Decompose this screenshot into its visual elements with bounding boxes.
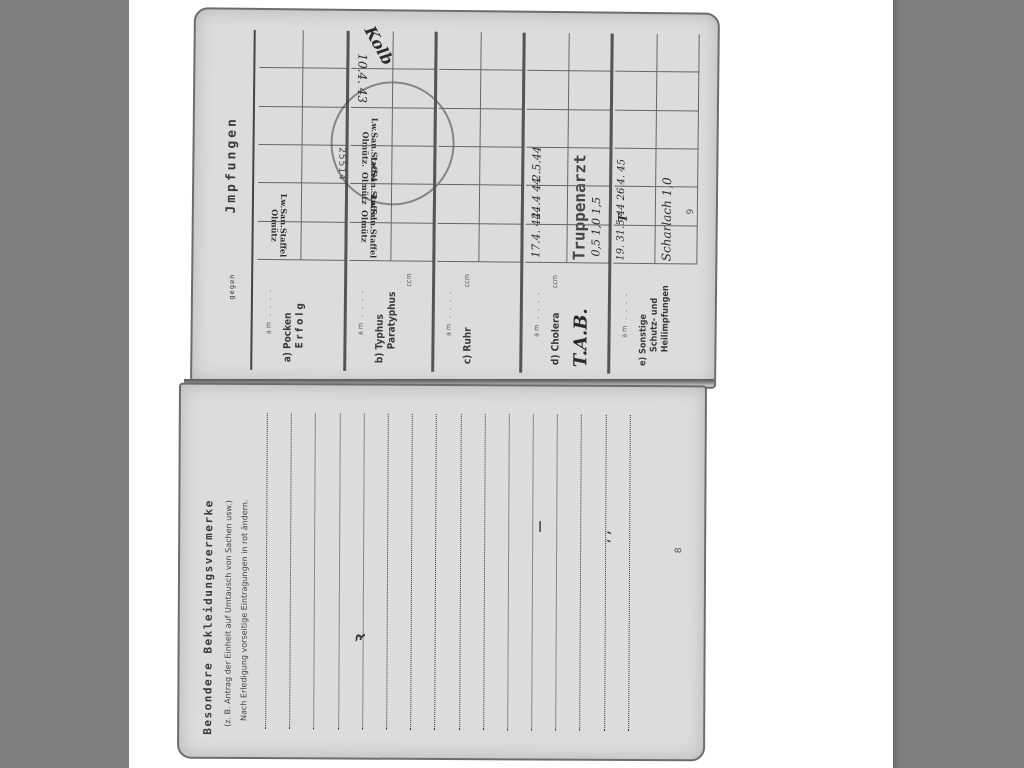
grid-cell[interactable] xyxy=(439,32,481,71)
ccm-label: ccm xyxy=(551,275,559,288)
page-number: 8 xyxy=(674,547,684,553)
entry-grid: 17.4. 44. 24.4 44 2.5.44 Truppenarzt 0,5… xyxy=(525,33,611,264)
page-8-leaf: Besondere Bekleidungsvermerke (z. B. Ant… xyxy=(177,383,707,762)
grid-cell[interactable] xyxy=(258,183,302,222)
grid-cell[interactable] xyxy=(481,71,523,110)
ink-mark: ꝛ xyxy=(348,634,370,642)
page-8-content: Besondere Bekleidungsvermerke (z. B. Ant… xyxy=(195,401,687,744)
grid-cell[interactable] xyxy=(569,33,611,72)
grid-cell[interactable] xyxy=(481,109,523,148)
ccm-label: ccm xyxy=(405,273,413,286)
entry-line[interactable] xyxy=(555,415,558,731)
grid-cell[interactable]: Scharlach 1,0 xyxy=(655,226,697,265)
grid-cell[interactable] xyxy=(258,145,302,184)
entry-line[interactable] xyxy=(386,414,389,730)
entry-line[interactable] xyxy=(410,414,413,730)
entry-line[interactable] xyxy=(483,414,486,730)
entry-line[interactable] xyxy=(628,415,631,731)
grid-cell[interactable] xyxy=(439,108,481,147)
grid-cell[interactable] xyxy=(392,185,434,224)
section-typhus: am . . . . b) Typhus Paratyphus ccm Lw.S… xyxy=(348,31,436,372)
page-9-leaf: gegenJmpfungen am . . . . a) Pocken Erfo… xyxy=(190,7,720,388)
grid-cell[interactable]: 2.5.44 xyxy=(526,148,568,187)
grid-cell[interactable] xyxy=(615,72,657,111)
grid-cell[interactable] xyxy=(569,110,611,149)
page-9-content: gegenJmpfungen am . . . . a) Pocken Erfo… xyxy=(212,29,706,374)
grid-cell[interactable] xyxy=(615,34,657,73)
grid-cell[interactable]: 24.4 44 xyxy=(526,186,568,225)
grid-cell[interactable] xyxy=(615,110,657,149)
grid-cell[interactable]: Lw.San.StaffelOlmütz xyxy=(349,223,391,262)
section-pocken: am . . . . a) Pocken Erfolg Lw.San.Staff… xyxy=(256,30,348,371)
grid-cell[interactable] xyxy=(568,148,610,187)
grid-cell[interactable] xyxy=(437,223,479,262)
grid-cell[interactable] xyxy=(303,30,347,69)
grid-cell[interactable] xyxy=(259,68,303,107)
page-subtitle: (z. B. Antrag der Einheit auf Umtausch v… xyxy=(223,500,233,727)
grid-cell[interactable]: Truppenarzt 0,5 1,0 1,5 xyxy=(567,225,609,264)
am-label: am . . . . xyxy=(357,289,365,335)
grid-cell[interactable]: 10.4. 43 xyxy=(351,69,393,108)
grid-cell[interactable]: 19. 31.5.44 26.4. 45 xyxy=(613,225,655,264)
section-label: d) Cholera xyxy=(550,312,563,365)
entry-line[interactable] xyxy=(604,415,607,731)
am-label: am . . . . xyxy=(265,288,273,334)
section-label: e) Sonstige Schutz- und Heilimpfungen xyxy=(638,285,672,366)
entry-line[interactable] xyxy=(580,415,583,731)
entry-line[interactable] xyxy=(507,414,510,730)
grid-cell[interactable] xyxy=(439,70,481,109)
grid-cell[interactable]: Lw.San.StaffelOlmütz xyxy=(257,222,301,261)
section-label: a) Pocken Erfolg xyxy=(282,300,307,362)
grid-cell[interactable] xyxy=(527,71,569,110)
grid-cell[interactable] xyxy=(438,147,480,186)
grid-cell[interactable] xyxy=(614,149,656,188)
grid-cell[interactable]: 17.4. 44. xyxy=(525,224,567,263)
grid-cell[interactable] xyxy=(302,184,346,223)
entry-line[interactable] xyxy=(362,414,365,730)
page-title: gegenJmpfungen xyxy=(222,30,254,370)
grid-cell[interactable] xyxy=(393,31,435,70)
grid-cell[interactable] xyxy=(527,33,569,72)
handwritten-date: 2.5.44 xyxy=(530,146,543,181)
grid-cell[interactable] xyxy=(301,222,345,261)
grid-cell[interactable] xyxy=(259,107,303,146)
grid-cell[interactable] xyxy=(479,224,521,263)
entry-grid: Lw.San.StaffelOlmütz Lw.San.StaffelOlmüt… xyxy=(349,31,435,262)
grid-cell[interactable] xyxy=(568,187,610,226)
page-instruction: Nach Erledigung vorseitige Eintragungen … xyxy=(239,500,249,721)
grid-cell[interactable] xyxy=(393,70,435,109)
entry-line[interactable] xyxy=(434,414,437,730)
grid-cell[interactable] xyxy=(391,223,433,262)
entry-line[interactable] xyxy=(265,413,268,729)
entry-grid: 19. 31.5.44 26.4. 45 T Scharlach 1,0 xyxy=(613,34,699,265)
grid-cell[interactable] xyxy=(480,186,522,225)
page-number: 9 xyxy=(686,209,696,215)
grid-cell[interactable]: 25514 xyxy=(351,108,393,147)
page-title: Besondere Bekleidungsvermerke xyxy=(201,499,215,735)
entry-grid xyxy=(437,32,523,263)
section-ruhr: am . . . . c) Ruhr ccm xyxy=(436,32,524,373)
grid-cell[interactable] xyxy=(657,72,699,111)
entry-line[interactable] xyxy=(531,414,534,730)
am-label: am . . . . xyxy=(445,290,453,336)
handwritten-tab-note: T.A.B. xyxy=(570,308,592,367)
section-cholera: am . . . . d) Cholera ccm T.A.B. 17.4. 4… xyxy=(524,33,612,374)
entry-line[interactable] xyxy=(338,413,341,729)
grid-cell[interactable] xyxy=(303,69,347,108)
am-label: am . . . . xyxy=(533,291,541,337)
grid-cell[interactable] xyxy=(527,109,569,148)
grid-cell[interactable]: Kolb xyxy=(351,31,393,70)
grid-cell[interactable] xyxy=(657,34,699,73)
section-sonstige: am . . . . e) Sonstige Schutz- und Heili… xyxy=(612,34,700,375)
grid-cell[interactable] xyxy=(393,108,435,147)
grid-cell[interactable] xyxy=(656,187,698,226)
entry-line[interactable] xyxy=(314,413,317,729)
entry-line[interactable] xyxy=(459,414,462,730)
gegen-label: gegen xyxy=(228,274,236,300)
section-label: c) Ruhr xyxy=(462,327,474,364)
handwritten-mark: T xyxy=(616,213,630,222)
grid-cell[interactable] xyxy=(392,146,434,185)
ccm-label: ccm xyxy=(463,274,471,287)
grid-cell[interactable] xyxy=(569,72,611,111)
ink-mark: ‚ , xyxy=(598,530,612,543)
military-pass-booklet: gegenJmpfungen am . . . . a) Pocken Erfo… xyxy=(178,10,718,758)
grid-cell[interactable]: T xyxy=(614,187,656,226)
handwritten-signature: Kolb xyxy=(361,23,398,68)
section-label: b) Typhus Paratyphus xyxy=(374,291,399,363)
ink-mark: — xyxy=(532,520,546,532)
grid-cell[interactable] xyxy=(259,30,303,69)
grid-cell[interactable] xyxy=(480,147,522,186)
grid-cell[interactable] xyxy=(481,32,523,71)
grid-cell[interactable] xyxy=(438,185,480,224)
entry-lines xyxy=(265,413,654,731)
grid-cell[interactable] xyxy=(656,149,698,188)
am-label: am . . . . xyxy=(621,292,629,338)
entry-line[interactable] xyxy=(289,413,292,729)
grid-cell[interactable] xyxy=(657,111,699,150)
